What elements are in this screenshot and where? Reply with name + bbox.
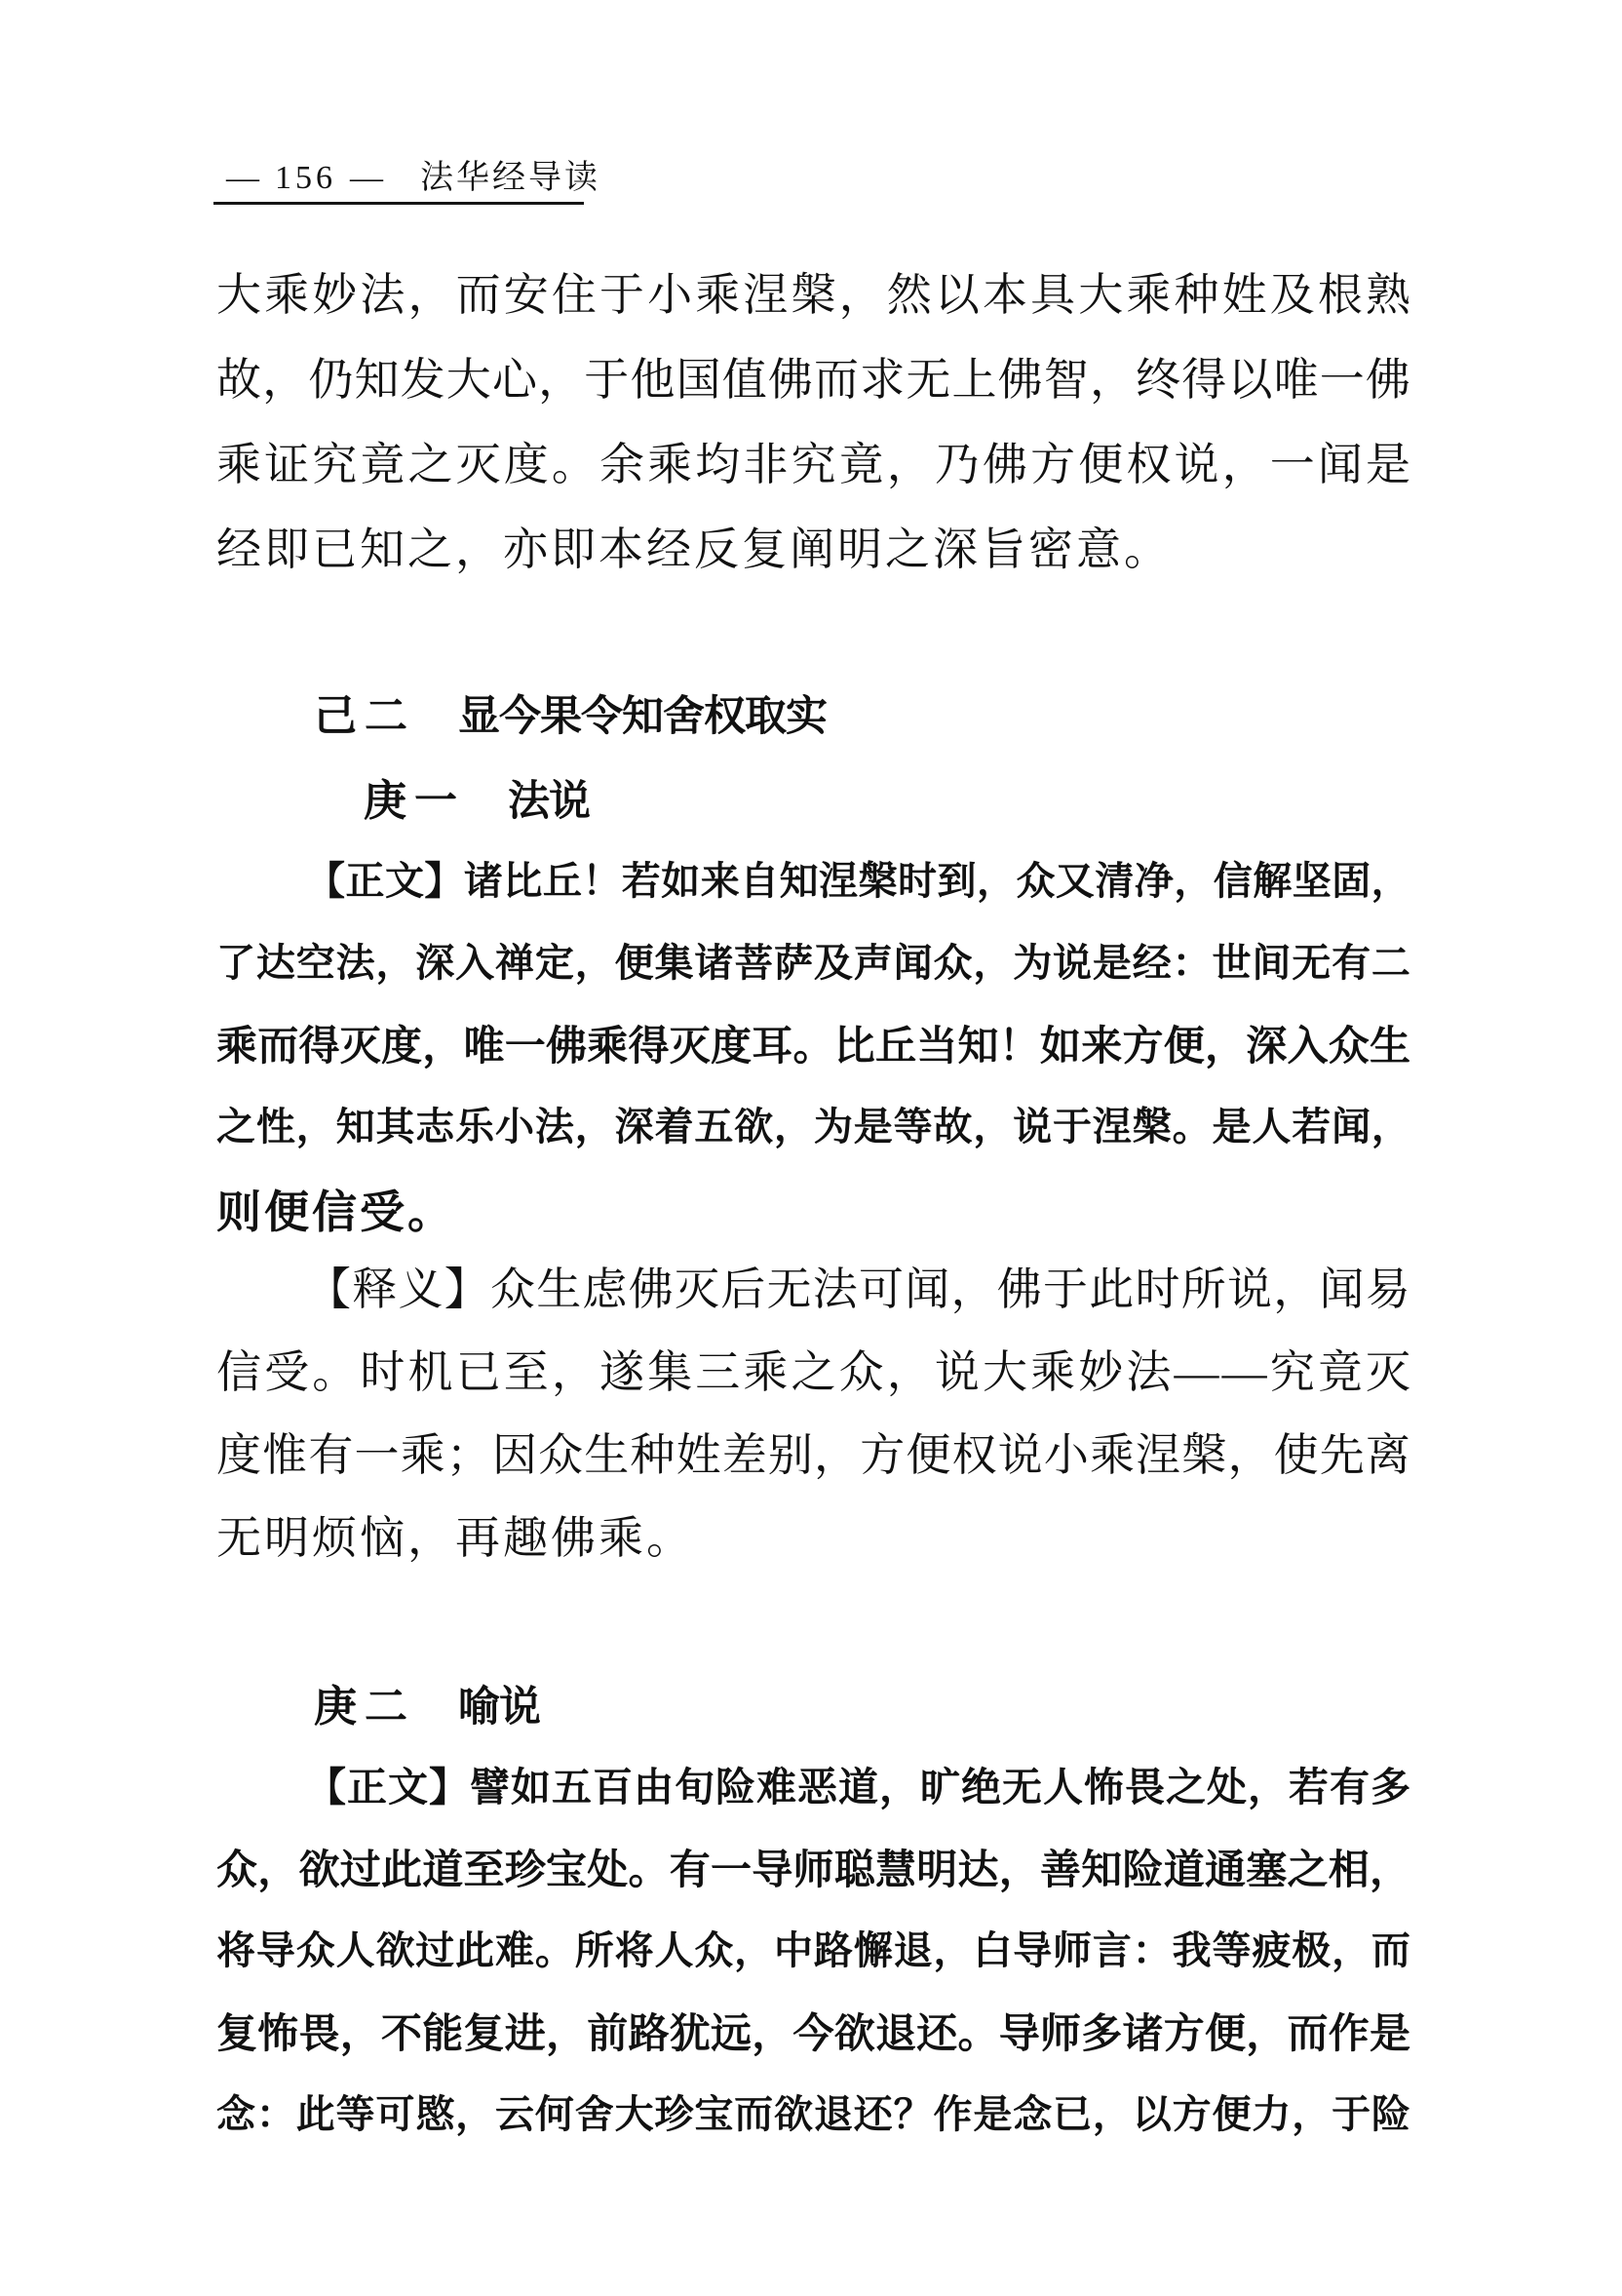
text-line: 【正文】譬如五百由旬险难恶道，旷绝无人怖畏之处，若有多 xyxy=(216,1768,1410,1808)
text-line: 【释义】众生虑佛灭后无法可闻，佛于此时所说，闻易 xyxy=(216,1267,1410,1312)
page-number: 156 xyxy=(271,160,340,196)
text-line: 故，仍知发大心，于他国值佛而求无上佛智，终得以唯一佛 xyxy=(216,358,1410,403)
text-line: 了达空法，深入禅定，便集诸菩萨及声闻众，为说是经：世间无有二 xyxy=(216,944,1410,983)
text-line: 大乘妙法，而安住于小乘涅槃，然以本具大乘种姓及根熟 xyxy=(216,273,1410,318)
text-line: 乘证究竟之灭度。余乘均非究竟，乃佛方便权说，一闻是 xyxy=(216,443,1410,487)
heading-title: 喻说 xyxy=(458,1684,540,1731)
paragraph: 【释义】众生虑佛灭后无法可闻，佛于此时所说，闻易信受。时机已至，遂集三乘之众，说… xyxy=(216,1267,1410,1599)
heading-label: 庚一 xyxy=(364,777,465,825)
running-header: —156—法华经导读 xyxy=(216,159,600,198)
header-rule xyxy=(213,202,584,205)
header-dash-left: — xyxy=(216,160,271,196)
text-line: 经即已知之，亦即本经反复阐明之深旨密意。 xyxy=(216,527,1410,572)
text-line: 【正文】诸比丘！若如来自知涅槃时到，众又清净，信解坚固， xyxy=(216,862,1410,901)
section-heading: 己二显今果令知舍权取实 xyxy=(216,695,1508,740)
text-line: 则便信受。 xyxy=(216,1189,1410,1234)
paragraph: 【正文】诸比丘！若如来自知涅槃时到，众又清净，信解坚固，了达空法，深入禅定，便集… xyxy=(216,862,1410,1271)
heading-label: 庚二 xyxy=(314,1683,415,1731)
text-line: 信受。时机已至，遂集三乘之众，说大乘妙法——究竟灭 xyxy=(216,1350,1410,1395)
text-line: 度惟有一乘；因众生种姓差别，方便权说小乘涅槃，使先离 xyxy=(216,1433,1410,1478)
section-heading: 庚一法说 xyxy=(216,780,1558,825)
book-page: —156—法华经导读 大乘妙法，而安住于小乘涅槃，然以本具大乘种姓及根熟故，仍知… xyxy=(0,0,1622,2296)
heading-title: 显今果令知舍权取实 xyxy=(458,693,827,740)
paragraph: 【正文】譬如五百由旬险难恶道，旷绝无人怖畏之处，若有多众，欲过此道至珍宝处。有一… xyxy=(216,1768,1410,2177)
text-line: 复怖畏，不能复进，前路犹远，今欲退还。导师多诸方便，而作是 xyxy=(216,2013,1410,2054)
header-dash-right: — xyxy=(340,160,395,196)
text-line: 无明烦恼，再趣佛乘。 xyxy=(216,1516,1410,1561)
heading-label: 己二 xyxy=(314,692,415,740)
text-line: 之性，知其志乐小法，深着五欲，为是等故，说于涅槃。是人若闻， xyxy=(216,1108,1410,1147)
book-title: 法华经导读 xyxy=(420,160,600,196)
paragraph: 大乘妙法，而安住于小乘涅槃，然以本具大乘种姓及根熟故，仍知发大心，于他国值佛而求… xyxy=(216,273,1410,612)
text-line: 念：此等可愍，云何舍大珍宝而欲退还？作是念已，以方便力，于险 xyxy=(216,2095,1410,2134)
heading-title: 法说 xyxy=(508,778,590,825)
text-line: 众，欲过此道至珍宝处。有一导师聪慧明达，善知险道通塞之相， xyxy=(216,1849,1410,1890)
text-line: 乘而得灭度，唯一佛乘得灭度耳。比丘当知！如来方便，深入众生 xyxy=(216,1026,1410,1067)
section-heading: 庚二喻说 xyxy=(216,1686,1508,1731)
text-line: 将导众人欲过此难。所将人众，中路懈退，白导师言：我等疲极，而 xyxy=(216,1931,1410,1970)
